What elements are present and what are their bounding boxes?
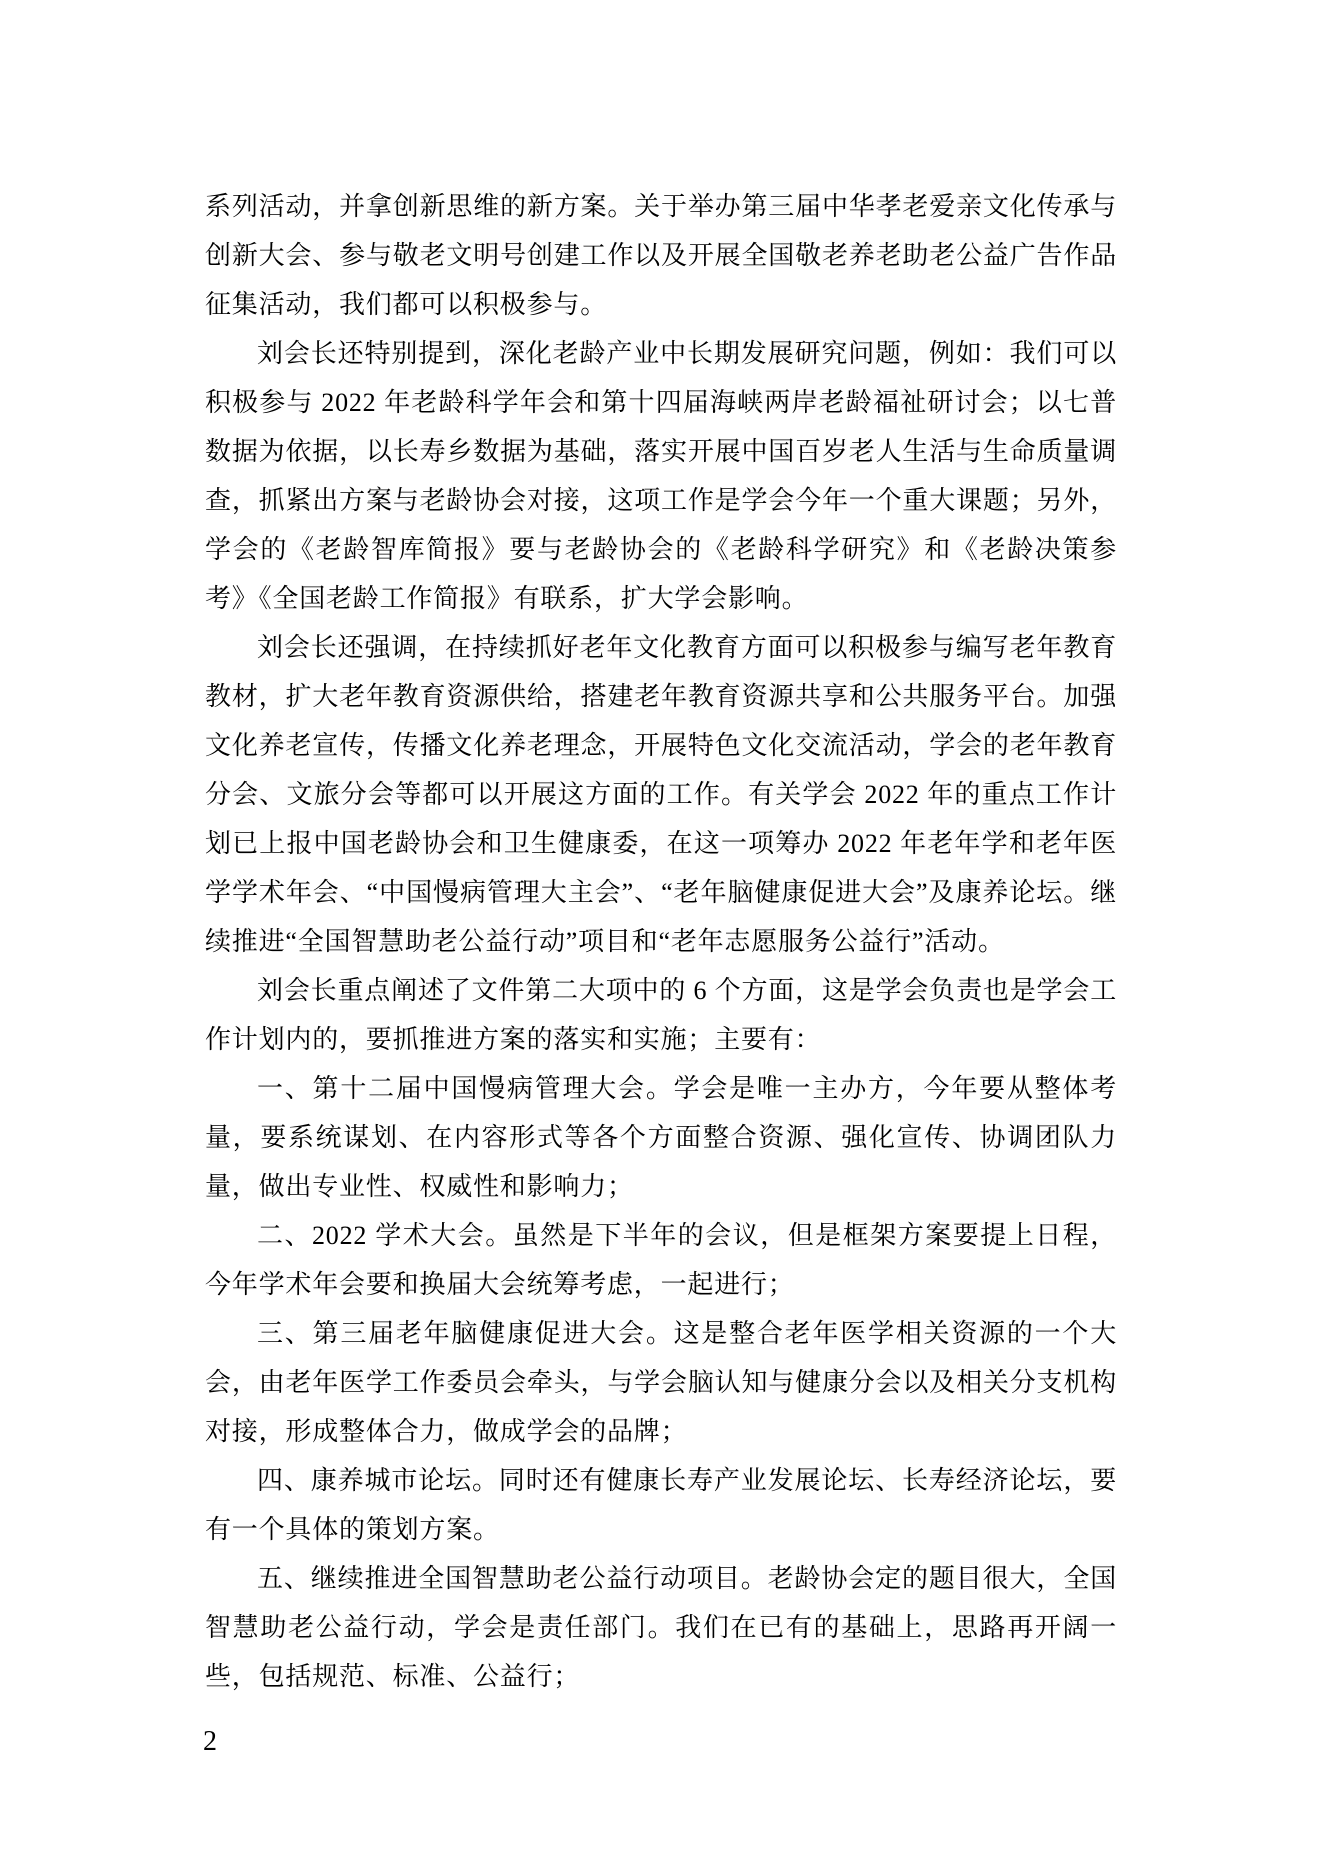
list-item-academic-conference: 二、2022 学术大会。虽然是下半年的会议，但是框架方案要提上日程，今年学术年会… (205, 1211, 1117, 1309)
paragraph-activities: 系列活动，并拿创新思维的新方案。关于举办第三届中华孝老爱亲文化传承与创新大会、参… (205, 182, 1117, 329)
page-number: 2 (203, 1724, 217, 1760)
document-body: 系列活动，并拿创新思维的新方案。关于举办第三届中华孝老爱亲文化传承与创新大会、参… (205, 182, 1117, 1701)
paragraph-elderly-education: 刘会长还强调，在持续抓好老年文化教育方面可以积极参与编写老年教育教材，扩大老年教… (205, 623, 1117, 966)
list-item-smart-elderly-care-action: 五、继续推进全国智慧助老公益行动项目。老龄协会定的题目很大，全国智慧助老公益行动… (205, 1554, 1117, 1701)
list-item-chronic-disease-conference: 一、第十二届中国慢病管理大会。学会是唯一主办方，今年要从整体考量，要系统谋划、在… (205, 1064, 1117, 1211)
document-page: 系列活动，并拿创新思维的新方案。关于举办第三届中华孝老爱亲文化传承与创新大会、参… (0, 0, 1323, 1871)
list-item-wellness-city-forum: 四、康养城市论坛。同时还有健康长寿产业发展论坛、长寿经济论坛，要有一个具体的策划… (205, 1456, 1117, 1554)
paragraph-six-aspects-intro: 刘会长重点阐述了文件第二大项中的 6 个方面，这是学会负责也是学会工作计划内的，… (205, 966, 1117, 1064)
paragraph-aging-industry-research: 刘会长还特别提到，深化老龄产业中长期发展研究问题，例如：我们可以积极参与 202… (205, 329, 1117, 623)
list-item-brain-health-conference: 三、第三届老年脑健康促进大会。这是整合老年医学相关资源的一个大会，由老年医学工作… (205, 1309, 1117, 1456)
